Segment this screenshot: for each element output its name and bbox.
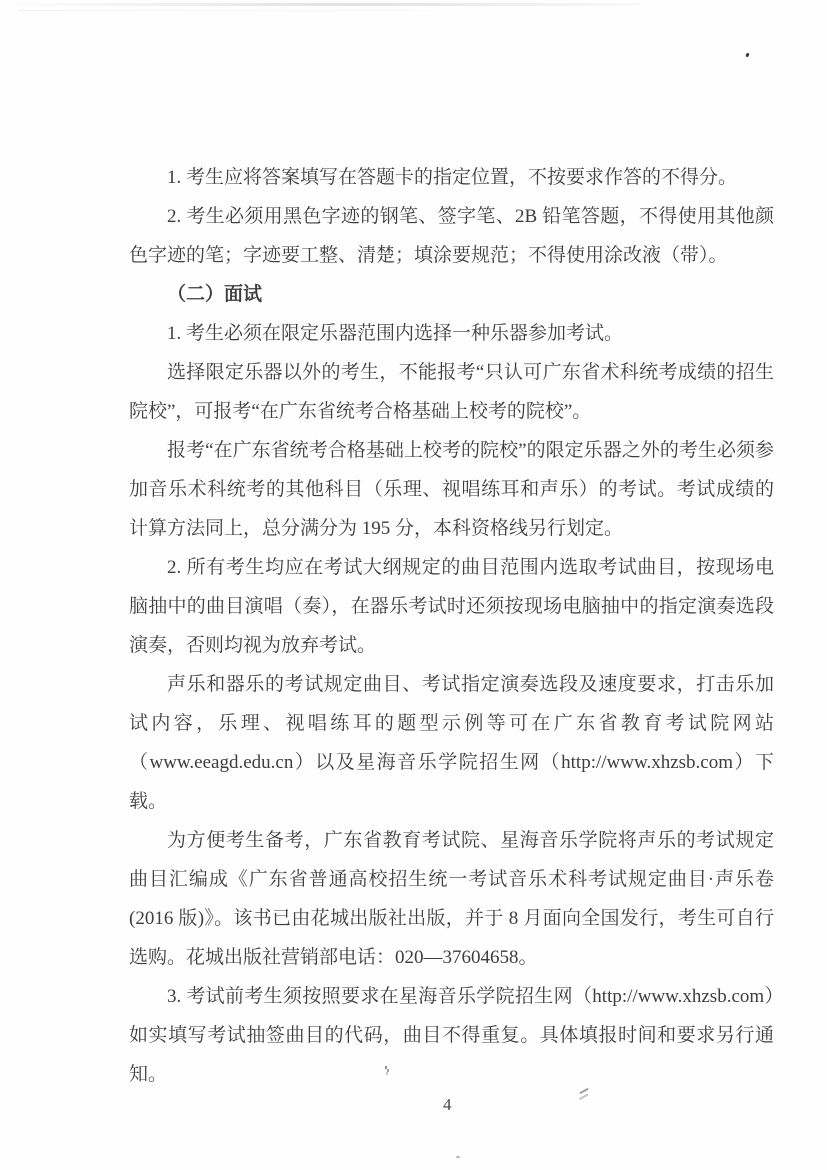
paragraph: 为方便考生备考，广东省教育考试院、星海音乐学院将声乐的考试规定曲目汇编成《广东省…	[129, 821, 774, 977]
scan-edge-shadow	[18, 10, 438, 11]
paragraph: 选择限定乐器以外的考生，不能报考“只认可广东省术科统考成绩的招生院校”，可报考“…	[129, 353, 774, 431]
scan-edge-shadow	[0, 3, 640, 6]
paragraph: 2. 所有考生均应在考试大纲规定的曲目范围内选取考试曲目，按现场电脑抽中的曲目演…	[129, 548, 774, 665]
page-number: 4	[443, 1095, 452, 1115]
paragraph: 声乐和器乐的考试规定曲目、考试指定演奏选段及速度要求，打击乐加试内容，乐理、视唱…	[129, 665, 774, 821]
document-page: 1. 考生应将答案填写在答题卡的指定位置，不按要求作答的不得分。 2. 考生必须…	[0, 0, 827, 1170]
paragraph: 1. 考生应将答案填写在答题卡的指定位置，不按要求作答的不得分。	[129, 158, 774, 197]
scan-speck	[385, 1066, 387, 1069]
paragraph: 3. 考试前考生须按照要求在星海音乐学院招生网（http://www.xhzsb…	[129, 977, 774, 1094]
paragraph: 2. 考生必须用黑色字迹的钢笔、签字笔、2B 铅笔答题，不得使用其他颜色字迹的笔…	[129, 197, 774, 275]
scan-speck	[456, 1156, 460, 1159]
paragraph: 报考“在广东省统考合格基础上校考的院校”的限定乐器之外的考生必须参加音乐术科统考…	[129, 431, 774, 548]
paragraph: 1. 考生必须在限定乐器范围内选择一种乐器参加考试。	[129, 314, 774, 353]
document-body: 1. 考生应将答案填写在答题卡的指定位置，不按要求作答的不得分。 2. 考生必须…	[129, 158, 774, 1094]
scan-speck	[745, 53, 749, 58]
section-heading-interview: （二）面试	[129, 275, 774, 314]
